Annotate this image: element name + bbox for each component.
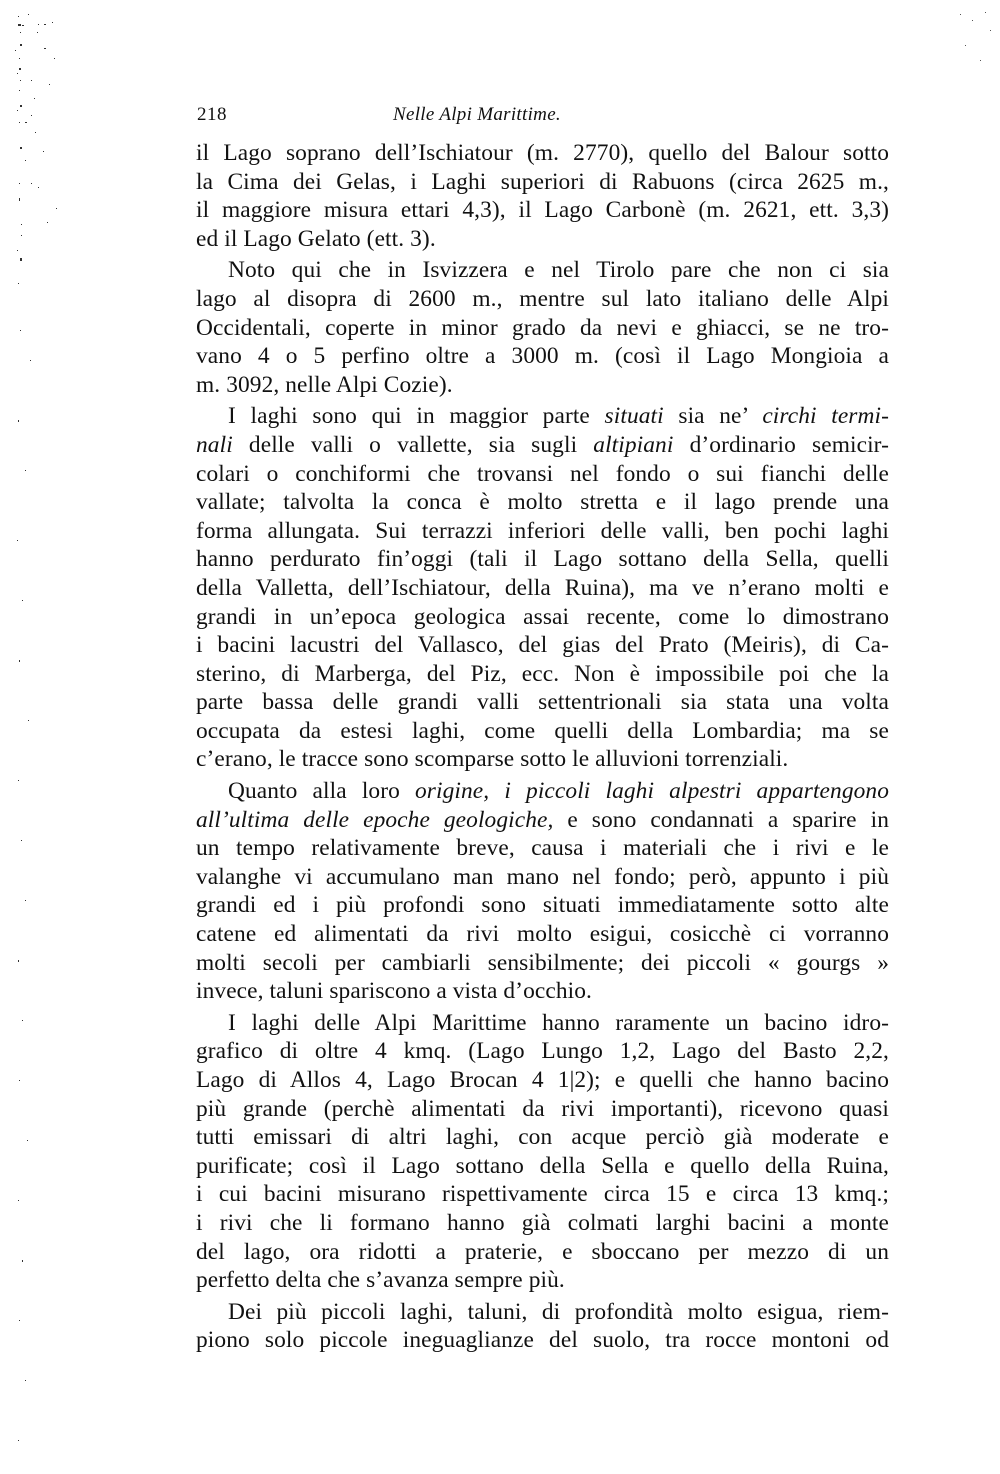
text-line: perfetto delta che s’avanza sempre più. <box>196 1266 889 1295</box>
text-span: perfetto delta che s’avanza sempre più. <box>196 1267 565 1293</box>
text-line: grandi in un’epoca geologica assai recen… <box>196 603 889 632</box>
text-line: vano 4 o 5 perfino oltre a 3000 m. (così… <box>196 342 889 371</box>
text-line: molti secoli per cambiarli sensibilmente… <box>196 949 889 978</box>
text-line: Lago di Allos 4, Lago Brocan 4 1|2); e q… <box>196 1066 889 1095</box>
text-span: più grande (perchè alimentati da rivi im… <box>196 1096 889 1122</box>
text-line: un tempo relativamente breve, causa i ma… <box>196 834 889 863</box>
scanned-book-page: 218 Nelle Alpi Marittime. il Lago sopran… <box>0 0 1000 1474</box>
text-span: sterino, di Marberga, del Piz, ecc. Non … <box>196 661 889 687</box>
text-span: grafico di oltre 4 kmq. (Lago Lungo 1,2,… <box>196 1038 889 1064</box>
text-span: invece, taluni spariscono a vista d’occh… <box>196 978 592 1004</box>
text-span: molti secoli per cambiarli sensibilmente… <box>196 950 889 976</box>
text-span: hanno perdurato fin’oggi (tali il Lago s… <box>196 546 889 572</box>
text-span: occupata da estesi laghi, come quelli de… <box>196 718 889 744</box>
text-line: catene ed alimentati da rivi molto esigu… <box>196 920 889 949</box>
text-line: vallate; talvolta la conca è molto stret… <box>196 488 889 517</box>
text-line: i bacini lacustri del Vallasco, del gias… <box>196 631 889 660</box>
text-span: catene ed alimentati da rivi molto esigu… <box>196 921 889 947</box>
text-line: colari o conchiformi che trovansi nel fo… <box>196 460 889 489</box>
text-line: valanghe vi accumulano man mano nel fond… <box>196 863 889 892</box>
running-title: Nelle Alpi Marittime. <box>197 104 757 126</box>
text-span: i rivi che li formano hanno già colmati … <box>196 1210 889 1236</box>
text-span: purificate; così il Lago sottano della S… <box>196 1153 889 1179</box>
text-span: forma allungata. Sui terrazzi inferiori … <box>196 518 889 544</box>
text-line: del lago, ora ridotti a praterie, e sboc… <box>196 1238 889 1267</box>
text-span: delle valli o vallette, sia sugli <box>233 432 593 458</box>
text-line: ed il Lago Gelato (ett. 3). <box>196 225 889 254</box>
text-span: la Cima dei Gelas, i Laghi superiori di … <box>196 169 889 195</box>
scan-margin-noise-right <box>950 0 1000 200</box>
text-span: Dei più piccoli laghi, taluni, di profon… <box>228 1299 889 1325</box>
text-line: nali delle valli o vallette, sia sugli a… <box>196 431 889 460</box>
text-span: un tempo relativamente breve, causa i ma… <box>196 835 889 861</box>
italic-span: all’ultima delle epoche geologiche, <box>196 807 553 833</box>
text-line: all’ultima delle epoche geologiche, e so… <box>196 806 889 835</box>
text-span: I laghi sono qui in maggior parte <box>228 403 605 429</box>
text-line: tutti emissari di altri laghi, con acque… <box>196 1123 889 1152</box>
text-span: vano 4 o 5 perfino oltre a 3000 m. (così… <box>196 343 889 369</box>
text-line: sterino, di Marberga, del Piz, ecc. Non … <box>196 660 889 689</box>
body-text: il Lago soprano dell’Ischiatour (m. 2770… <box>196 139 889 1355</box>
paragraph: Dei più piccoli laghi, taluni, di profon… <box>196 1298 889 1355</box>
paragraph: il Lago soprano dell’Ischiatour (m. 2770… <box>196 139 889 253</box>
text-span: ed il Lago Gelato (ett. 3). <box>196 226 436 252</box>
text-span: parte bassa delle grandi valli settentri… <box>196 689 889 715</box>
paragraph: Quanto alla loro origine, i piccoli lagh… <box>196 777 889 1006</box>
text-line: I laghi delle Alpi Marittime hanno raram… <box>196 1009 889 1038</box>
italic-span: situati <box>605 403 664 429</box>
text-line: I laghi sono qui in maggior parte situat… <box>196 402 889 431</box>
text-line: purificate; così il Lago sottano della S… <box>196 1152 889 1181</box>
italic-span: circhi termi- <box>762 403 889 429</box>
italic-span: origine, i piccoli laghi alpestri appart… <box>415 778 889 804</box>
text-span: grandi in un’epoca geologica assai recen… <box>196 604 889 630</box>
text-line: della Valletta, dell’Ischiatour, della R… <box>196 574 889 603</box>
text-line: più grande (perchè alimentati da rivi im… <box>196 1095 889 1124</box>
text-line: il Lago soprano dell’Ischiatour (m. 2770… <box>196 139 889 168</box>
text-span: d’ordinario semicir- <box>673 432 889 458</box>
italic-span: nali <box>196 432 233 458</box>
text-span: Noto qui che in Isvizzera e nel Tirolo p… <box>228 257 889 283</box>
text-line: i rivi che li formano hanno già colmati … <box>196 1209 889 1238</box>
text-span: colari o conchiformi che trovansi nel fo… <box>196 461 889 487</box>
text-line: c’erano, le tracce sono scomparse sotto … <box>196 745 889 774</box>
text-span: i bacini lacustri del Vallasco, del gias… <box>196 632 889 658</box>
text-span: grandi ed i più profondi sono situati im… <box>196 892 889 918</box>
text-span: m. 3092, nelle Alpi Cozie). <box>196 372 453 398</box>
text-line: parte bassa delle grandi valli settentri… <box>196 688 889 717</box>
text-line: Occidentali, coperte in minor grado da n… <box>196 314 889 343</box>
text-span: sia ne’ <box>664 403 763 429</box>
text-line: Dei più piccoli laghi, taluni, di profon… <box>196 1298 889 1327</box>
text-line: lago al disopra di 2600 m., mentre sul l… <box>196 285 889 314</box>
text-span: i cui bacini misurano rispettivamente ci… <box>196 1181 889 1207</box>
text-line: Noto qui che in Isvizzera e nel Tirolo p… <box>196 256 889 285</box>
text-line: il maggiore misura ettari 4,3), il Lago … <box>196 196 889 225</box>
text-line: m. 3092, nelle Alpi Cozie). <box>196 371 889 400</box>
italic-span: altipiani <box>593 432 673 458</box>
text-span: Occidentali, coperte in minor grado da n… <box>196 315 889 341</box>
text-line: grafico di oltre 4 kmq. (Lago Lungo 1,2,… <box>196 1037 889 1066</box>
running-head: 218 Nelle Alpi Marittime. <box>197 104 887 134</box>
text-span: Lago di Allos 4, Lago Brocan 4 1|2); e q… <box>196 1067 889 1093</box>
paragraph: I laghi sono qui in maggior parte situat… <box>196 402 889 774</box>
text-span: e sono condannati a sparire in <box>553 807 889 833</box>
text-line: occupata da estesi laghi, come quelli de… <box>196 717 889 746</box>
text-span: della Valletta, dell’Ischiatour, della R… <box>196 575 889 601</box>
text-line: forma allungata. Sui terrazzi inferiori … <box>196 517 889 546</box>
paragraph: Noto qui che in Isvizzera e nel Tirolo p… <box>196 256 889 399</box>
text-span: valanghe vi accumulano man mano nel fond… <box>196 864 889 890</box>
text-line: grandi ed i più profondi sono situati im… <box>196 891 889 920</box>
text-span: del lago, ora ridotti a praterie, e sboc… <box>196 1239 889 1265</box>
text-span: I laghi delle Alpi Marittime hanno raram… <box>228 1010 889 1036</box>
text-span: il maggiore misura ettari 4,3), il Lago … <box>196 197 889 223</box>
text-span: lago al disopra di 2600 m., mentre sul l… <box>196 286 889 312</box>
paragraph: I laghi delle Alpi Marittime hanno raram… <box>196 1009 889 1295</box>
text-line: piono solo piccole ineguaglianze del suo… <box>196 1326 889 1355</box>
text-span: Quanto alla loro <box>228 778 415 804</box>
text-span: vallate; talvolta la conca è molto stret… <box>196 489 889 515</box>
text-line: invece, taluni spariscono a vista d’occh… <box>196 977 889 1006</box>
text-line: i cui bacini misurano rispettivamente ci… <box>196 1180 889 1209</box>
text-line: la Cima dei Gelas, i Laghi superiori di … <box>196 168 889 197</box>
text-span: c’erano, le tracce sono scomparse sotto … <box>196 746 788 772</box>
text-line: hanno perdurato fin’oggi (tali il Lago s… <box>196 545 889 574</box>
text-span: tutti emissari di altri laghi, con acque… <box>196 1124 889 1150</box>
text-span: il Lago soprano dell’Ischiatour (m. 2770… <box>196 140 889 166</box>
text-line: Quanto alla loro origine, i piccoli lagh… <box>196 777 889 806</box>
text-span: piono solo piccole ineguaglianze del suo… <box>196 1327 889 1353</box>
scan-margin-noise <box>0 0 60 1474</box>
